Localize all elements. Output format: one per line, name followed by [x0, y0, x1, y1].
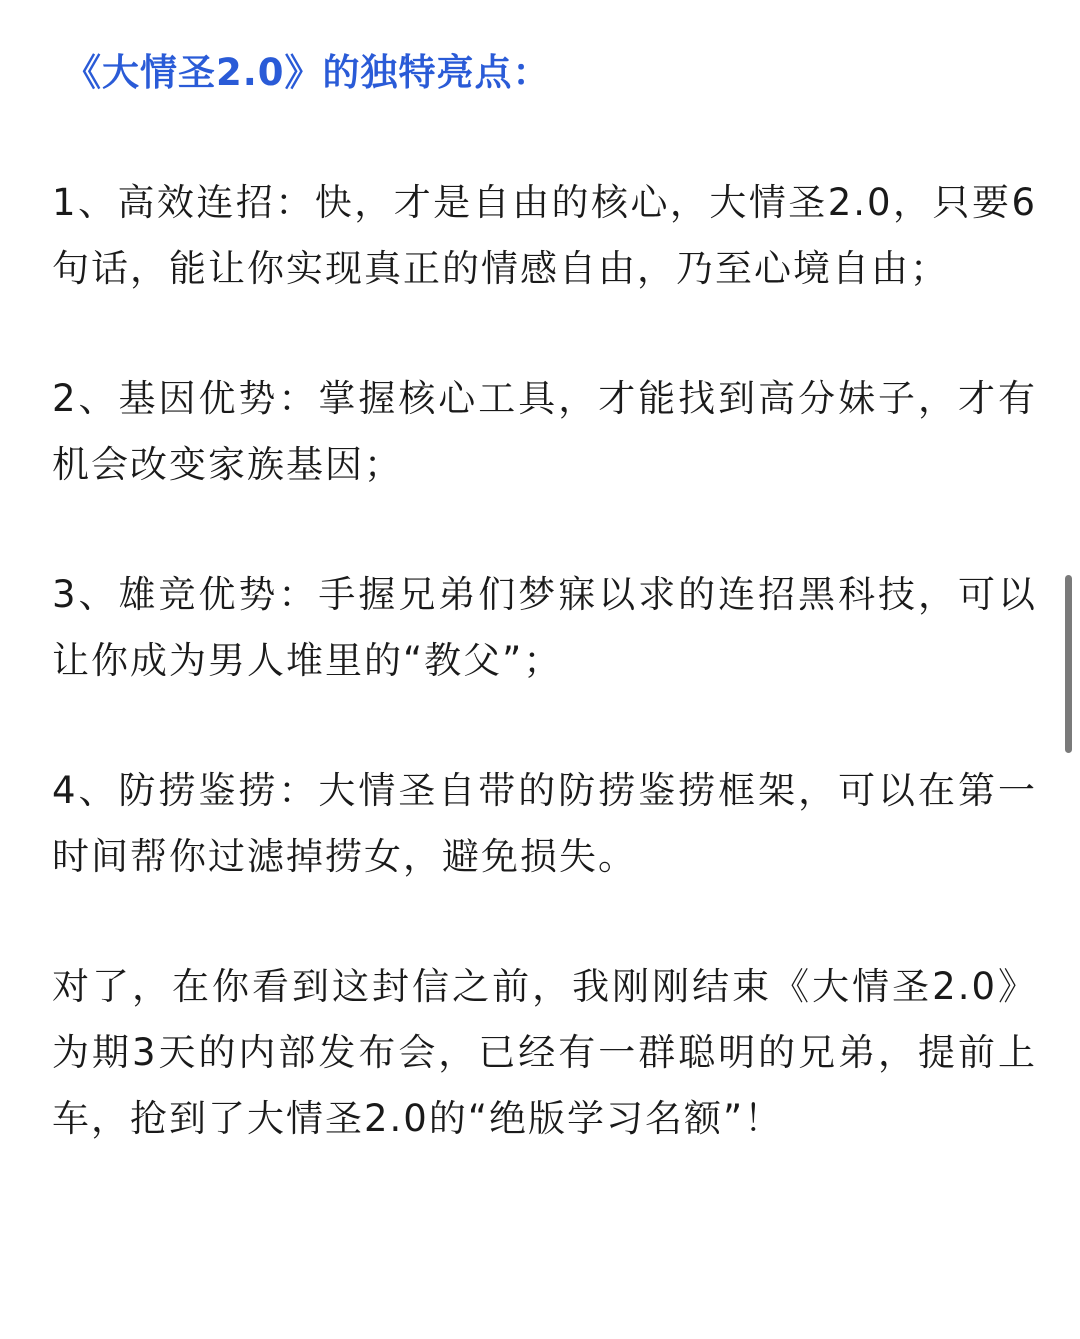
highlight-point-3: 3、雄竞优势：手握兄弟们梦寐以求的连招黑科技，可以让你成为男人堆里的“教父”；	[52, 562, 1037, 694]
article-body: 《大情圣2.0》的独特亮点： 1、高效连招：快，才是自由的核心，大情圣2.0，只…	[52, 40, 1037, 1152]
highlight-point-1: 1、高效连招：快，才是自由的核心，大情圣2.0，只要6句话，能让你实现真正的情感…	[52, 170, 1037, 302]
spacer	[52, 106, 1037, 170]
section-heading: 《大情圣2.0》的独特亮点：	[64, 40, 1037, 106]
spacer	[52, 498, 1037, 562]
highlight-point-4: 4、防捞鉴捞：大情圣自带的防捞鉴捞框架，可以在第一时间帮你过滤掉捞女，避免损失。	[52, 758, 1037, 890]
highlight-point-2: 2、基因优势：掌握核心工具，才能找到高分妹子，才有机会改变家族基因；	[52, 366, 1037, 498]
spacer	[52, 890, 1037, 954]
spacer	[52, 694, 1037, 758]
closing-paragraph: 对了，在你看到这封信之前，我刚刚结束《大情圣2.0》为期3天的内部发布会，已经有…	[52, 954, 1037, 1152]
vertical-scrollbar[interactable]	[1065, 575, 1072, 753]
spacer	[52, 302, 1037, 366]
